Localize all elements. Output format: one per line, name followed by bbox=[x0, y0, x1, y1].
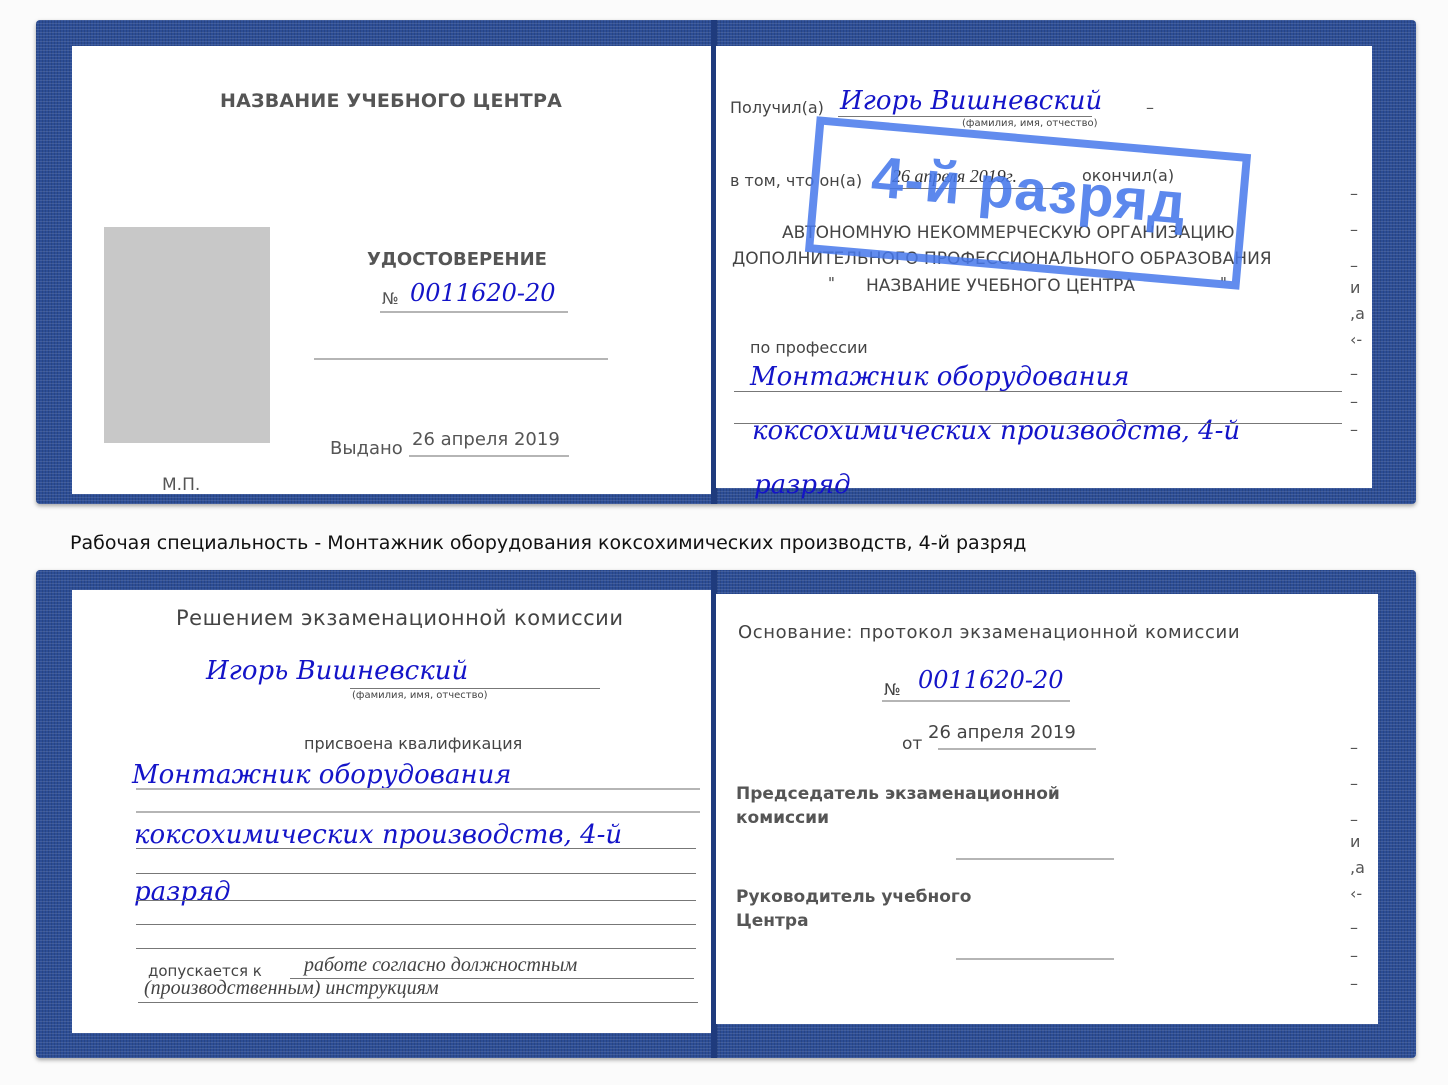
recipient-name-hint: (фамилия, имя, отчество) bbox=[962, 118, 1098, 129]
protocol-date-underline bbox=[938, 748, 1096, 750]
person-name-hint: (фамилия, имя, отчество) bbox=[352, 690, 488, 701]
quote-open: " bbox=[828, 274, 835, 292]
basis-title: Основание: протокол экзаменационной коми… bbox=[738, 622, 1240, 643]
margin-mark: – bbox=[1350, 412, 1365, 448]
margin-marks-top: – – – и ,а ‹- – – – bbox=[1350, 176, 1365, 448]
completed-suffix: окончил(а) bbox=[1082, 166, 1174, 185]
profession-line-1: Монтажник оборудования bbox=[750, 362, 1130, 392]
profession-line-2: коксохимических производств, 4-й bbox=[752, 416, 1240, 446]
profession-line-3: разряд bbox=[754, 470, 851, 500]
protocol-number: 0011620-20 bbox=[918, 666, 1064, 694]
head-signature-line bbox=[956, 958, 1114, 960]
qualification-underline-5 bbox=[136, 900, 696, 901]
margin-mark: – bbox=[1350, 176, 1365, 212]
chairman-label-1: Председатель экзаменационной bbox=[736, 784, 1060, 804]
qualification-underline-4 bbox=[136, 873, 696, 874]
person-name: Игорь Вишневский bbox=[206, 656, 468, 686]
qualification-left-page: Решением экзаменационной комиссии Игорь … bbox=[72, 590, 712, 1033]
qualification-line-3: разряд bbox=[134, 877, 231, 907]
head-label-2: Центра bbox=[736, 911, 809, 931]
admitted-line-2: (производственным) инструкциям bbox=[144, 977, 439, 1000]
margin-mark: – bbox=[1350, 966, 1365, 1002]
certificate-left-page: НАЗВАНИЕ УЧЕБНОГО ЦЕНТРА УДОСТОВЕРЕНИЕ №… bbox=[72, 46, 712, 494]
qualification-label: присвоена квалификация bbox=[304, 734, 522, 753]
qualification-line-1: Монтажник оборудования bbox=[132, 760, 512, 790]
certificate-cover-top: НАЗВАНИЕ УЧЕБНОГО ЦЕНТРА УДОСТОВЕРЕНИЕ №… bbox=[36, 20, 1416, 504]
profession-underline-2 bbox=[734, 423, 1342, 424]
person-name-underline bbox=[350, 688, 600, 689]
completed-date-underline bbox=[890, 188, 1064, 189]
qualification-underline-6 bbox=[136, 924, 696, 925]
recipient-name: Игорь Вишневский bbox=[840, 86, 1102, 116]
margin-mark: – bbox=[1350, 730, 1365, 766]
profession-underline-1 bbox=[734, 391, 1342, 392]
protocol-number-label: № bbox=[884, 680, 901, 699]
head-label-1: Руководитель учебного bbox=[736, 887, 971, 907]
protocol-number-underline bbox=[882, 700, 1070, 702]
training-center-name: НАЗВАНИЕ УЧЕБНОГО ЦЕНТРА bbox=[220, 90, 562, 112]
chairman-signature-line bbox=[956, 858, 1114, 860]
chairman-label-2: комиссии bbox=[736, 808, 829, 828]
org-line-2: ДОПОЛНИТЕЛЬНОГО ПРОФЕССИОНАЛЬНОГО ОБРАЗО… bbox=[732, 249, 1272, 269]
certificate-cover-bottom: Решением экзаменационной комиссии Игорь … bbox=[36, 570, 1416, 1058]
completed-date: 26 апреля 2019г. bbox=[892, 166, 1017, 187]
qualification-underline-3 bbox=[136, 848, 696, 849]
margin-marks-bottom: – – – и ,а ‹- – – – bbox=[1350, 730, 1365, 1002]
number-underline bbox=[380, 311, 568, 313]
protocol-right-page: Основание: протокол экзаменационной коми… bbox=[716, 594, 1378, 1024]
margin-mark: – bbox=[1350, 766, 1365, 802]
qualification-line-2: коксохимических производств, 4-й bbox=[134, 820, 622, 850]
org-line-1: АВТОНОМНУЮ НЕКОММЕРЧЕСКУЮ ОРГАНИЗАЦИЮ bbox=[782, 223, 1234, 243]
dash-mark: – bbox=[1146, 98, 1154, 117]
signature-line bbox=[314, 358, 608, 360]
profession-label: по профессии bbox=[750, 338, 868, 357]
recipient-underline bbox=[838, 116, 1092, 117]
admitted-line-1: работе согласно должностным bbox=[304, 954, 577, 977]
issued-underline bbox=[409, 455, 569, 457]
issued-date: 26 апреля 2019 bbox=[412, 429, 560, 450]
admitted-underline-2 bbox=[138, 1002, 698, 1003]
margin-mark: – bbox=[1350, 212, 1365, 248]
photo-placeholder bbox=[104, 227, 270, 443]
quote-close: " bbox=[1220, 274, 1227, 292]
received-label: Получил(а) bbox=[730, 98, 824, 117]
commission-title: Решением экзаменационной комиссии bbox=[176, 606, 623, 630]
org-line-3: НАЗВАНИЕ УЧЕБНОГО ЦЕНТРА bbox=[866, 276, 1135, 296]
qualification-underline-2 bbox=[136, 811, 700, 813]
issued-label: Выдано bbox=[330, 438, 403, 459]
qualification-underline-7 bbox=[136, 948, 696, 949]
specialty-caption: Рабочая специальность - Монтажник оборуд… bbox=[70, 532, 1026, 554]
qualification-underline-1 bbox=[136, 788, 700, 790]
document-title: УДОСТОВЕРЕНИЕ bbox=[367, 249, 547, 270]
stamp-place-label: М.П. bbox=[162, 475, 200, 495]
certificate-number: 0011620-20 bbox=[410, 279, 556, 307]
certificate-right-page: Получил(а) Игорь Вишневский (фамилия, им… bbox=[716, 46, 1372, 488]
completed-prefix: в том, что он(а) bbox=[730, 171, 862, 190]
protocol-date: 26 апреля 2019 bbox=[928, 722, 1076, 743]
protocol-date-label: от bbox=[902, 734, 922, 754]
number-label: № bbox=[382, 289, 399, 308]
